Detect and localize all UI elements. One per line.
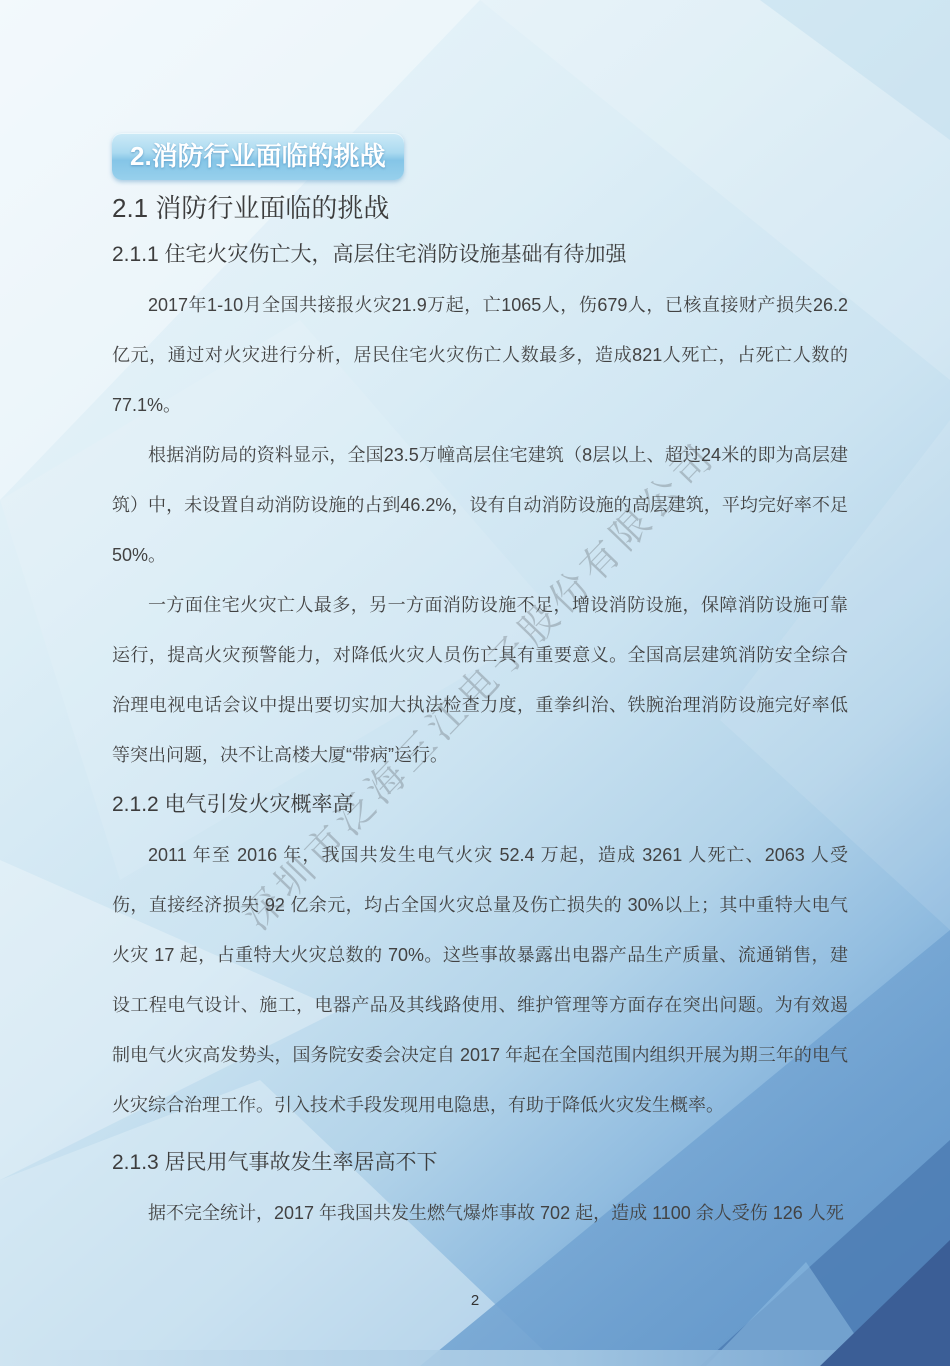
chapter-title-badge: 2.消防行业面临的挑战 <box>112 133 404 180</box>
document-page: 深圳市泛海三江电子股份有限公司 2.消防行业面临的挑战 2.1 消防行业面临的挑… <box>0 0 950 1366</box>
paragraph-2-1-3-a: 据不完全统计，2017 年我国共发生燃气爆炸事故 702 起，造成 1100 余… <box>112 1188 848 1238</box>
paragraph-2-1-1-c: 一方面住宅火灾亡人最多，另一方面消防设施不足，增设消防设施，保障消防设施可靠运行… <box>112 580 848 780</box>
subsection-heading-2-1-3: 2.1.3 居民用气事故发生率居高不下 <box>112 1138 848 1188</box>
paragraph-2-1-2-a: 2011 年至 2016 年，我国共发生电气火灾 52.4 万起，造成 3261… <box>112 830 848 1130</box>
paragraph-2-1-1-b: 根据消防局的资料显示，全国23.5万幢高层住宅建筑（8层以上、超过24米的即为高… <box>112 430 848 580</box>
page-number: 2 <box>0 1292 950 1309</box>
article-content: 2.消防行业面临的挑战 2.1 消防行业面临的挑战 2.1.1 住宅火灾伤亡大，… <box>112 133 848 1238</box>
subsection-heading-2-1-1: 2.1.1 住宅火灾伤亡大，高层住宅消防设施基础有待加强 <box>112 230 848 280</box>
paragraph-2-1-1-a: 2017年1-10月全国共接报火灾21.9万起，亡1065人，伤679人，已核直… <box>112 280 848 430</box>
section-heading-2-1: 2.1 消防行业面临的挑战 <box>112 186 848 230</box>
subsection-heading-2-1-2: 2.1.2 电气引发火灾概率高 <box>112 780 848 830</box>
